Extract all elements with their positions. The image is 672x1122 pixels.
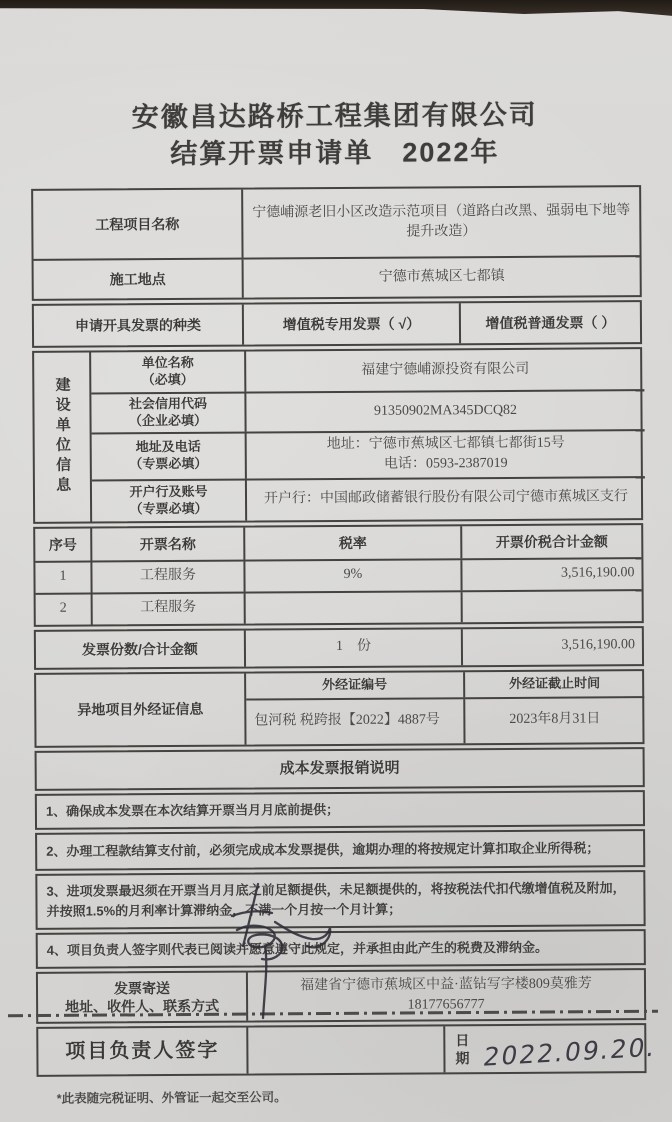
section-note-1: 1、确保成本发票在本次结算开票当月月底前提供； [35,790,645,830]
summary-count: 1 份 [244,629,461,666]
item-1-amount: 3,516,190.00 [460,559,641,590]
invoice-type-general: 增值税普通发票（ ） [459,302,640,343]
section-invoice-type: 申请开具发票的种类 增值税专用发票（ √） 增值税普通发票（ ） [32,300,642,348]
items-header-rate: 税率 [243,526,460,559]
summary-label: 发票份数/合计金额 [36,630,244,667]
footnote: *此表随完税证明、外管证一起交至公司。 [57,1085,672,1107]
permit-deadline-header: 外经证截止时间 [463,671,644,697]
date-label: 日期 [455,1031,469,1067]
section-invoice-items: 序号 开票名称 税率 开票价税合计金额 1 工程服务 9% 3,516,190.… [33,523,644,627]
section-summary: 发票份数/合计金额 1 份 3,516,190.00 [34,626,644,670]
permit-label: 异地项目外经证信息 [36,673,244,745]
permit-deadline-value: 2023年8月31日 [463,698,644,743]
item-1-rate: 9% [243,560,460,591]
summary-total: 3,516,190.00 [461,628,642,665]
item-2-rate [244,592,461,623]
signature-label: 项目负责人签字 [38,1028,246,1075]
section-signature: 项目负责人签字 日期 2022.09.20. [36,1023,646,1077]
item-2-name: 工程服务 [91,593,244,624]
items-header-no: 序号 [35,528,90,560]
note-1: 1、确保成本发票在本次结算开票当月月底前提供； [37,792,643,828]
handwritten-date: 2022.09.20. [481,1032,658,1071]
builder-side-label: 建设单位信息 [34,353,90,522]
items-header-amount: 开票价税合计金额 [460,525,641,558]
form-title: 结算开票申请单 2022年 [0,133,671,174]
builder-credit-code-value: 91350902MA345DCQ82 [244,391,644,431]
item-2-no: 2 [36,594,91,624]
builder-address-label: 地址及电话 （专票必填） [92,434,245,480]
items-header-name: 开票名称 [90,527,243,560]
section-note-2: 2、办理工程款结算支付前，必须完成成本发票提供，逾期办理的将按规定计算扣取企业所… [35,829,645,871]
location-label: 施工地点 [34,260,242,299]
project-name-label: 工程项目名称 [33,190,241,259]
builder-name-label: 单位名称 （必填） [91,352,244,393]
permit-no-header: 外经证编号 [246,672,463,698]
builder-address-value: 地址：宁德市蕉城区七都镇七都街15号 电话：0593-2387019 [245,431,645,478]
project-name-value: 宁德峬源老旧小区改造示范项目（道路白改黑、强弱电下地等提升改造） [241,187,639,257]
permit-no-value: 包河税 税跨报【2022】4887号 [246,699,463,744]
table-row: 1 工程服务 9% 3,516,190.00 [35,557,641,593]
section-project: 工程项目名称 宁德峬源老旧小区改造示范项目（道路白改黑、强弱电下地等提升改造） … [31,185,642,301]
section-builder-info: 建设单位信息 单位名称 （必填） 福建宁德峬源投资有限公司 社会信用代码 （企业… [32,347,643,523]
item-1-name: 工程服务 [90,561,243,592]
company-title: 安徽昌达路桥工程集团有限公司 [0,96,671,137]
item-2-amount [461,591,642,622]
item-1-no: 1 [35,562,90,592]
date-field: 日期 2022.09.20. [443,1025,636,1072]
builder-bank-value: 开户行：中国邮政储蓄银行股份有限公司宁德市蕉城区支行 [245,478,645,520]
builder-bank-label: 开户行及账号 （专票必填） [92,480,245,521]
builder-credit-code-label: 社会信用代码 （企业必填） [91,394,244,433]
note-2: 2、办理工程款结算支付前，必须完成成本发票提供，逾期办理的将按规定计算扣取企业所… [37,831,643,869]
notes-title: 成本发票报销说明 [37,749,643,789]
table-row: 2 工程服务 [36,589,642,625]
builder-name-value: 福建宁德峬源投资有限公司 [244,349,644,391]
section-permit: 异地项目外经证信息 外经证编号 外经证截止时间 包河税 税跨报【2022】488… [34,669,644,748]
document-header: 安徽昌达路桥工程集团有限公司 结算开票申请单 2022年 [0,96,671,174]
location-value: 宁德市蕉城区七都镇 [242,257,640,297]
signature-field [246,1027,443,1074]
invoice-type-special: 增值税专用发票（ √） [242,303,459,344]
section-notes-title: 成本发票报销说明 [35,747,645,791]
handwritten-signature [212,880,392,1025]
invoice-type-label: 申请开具发票的种类 [34,305,242,346]
